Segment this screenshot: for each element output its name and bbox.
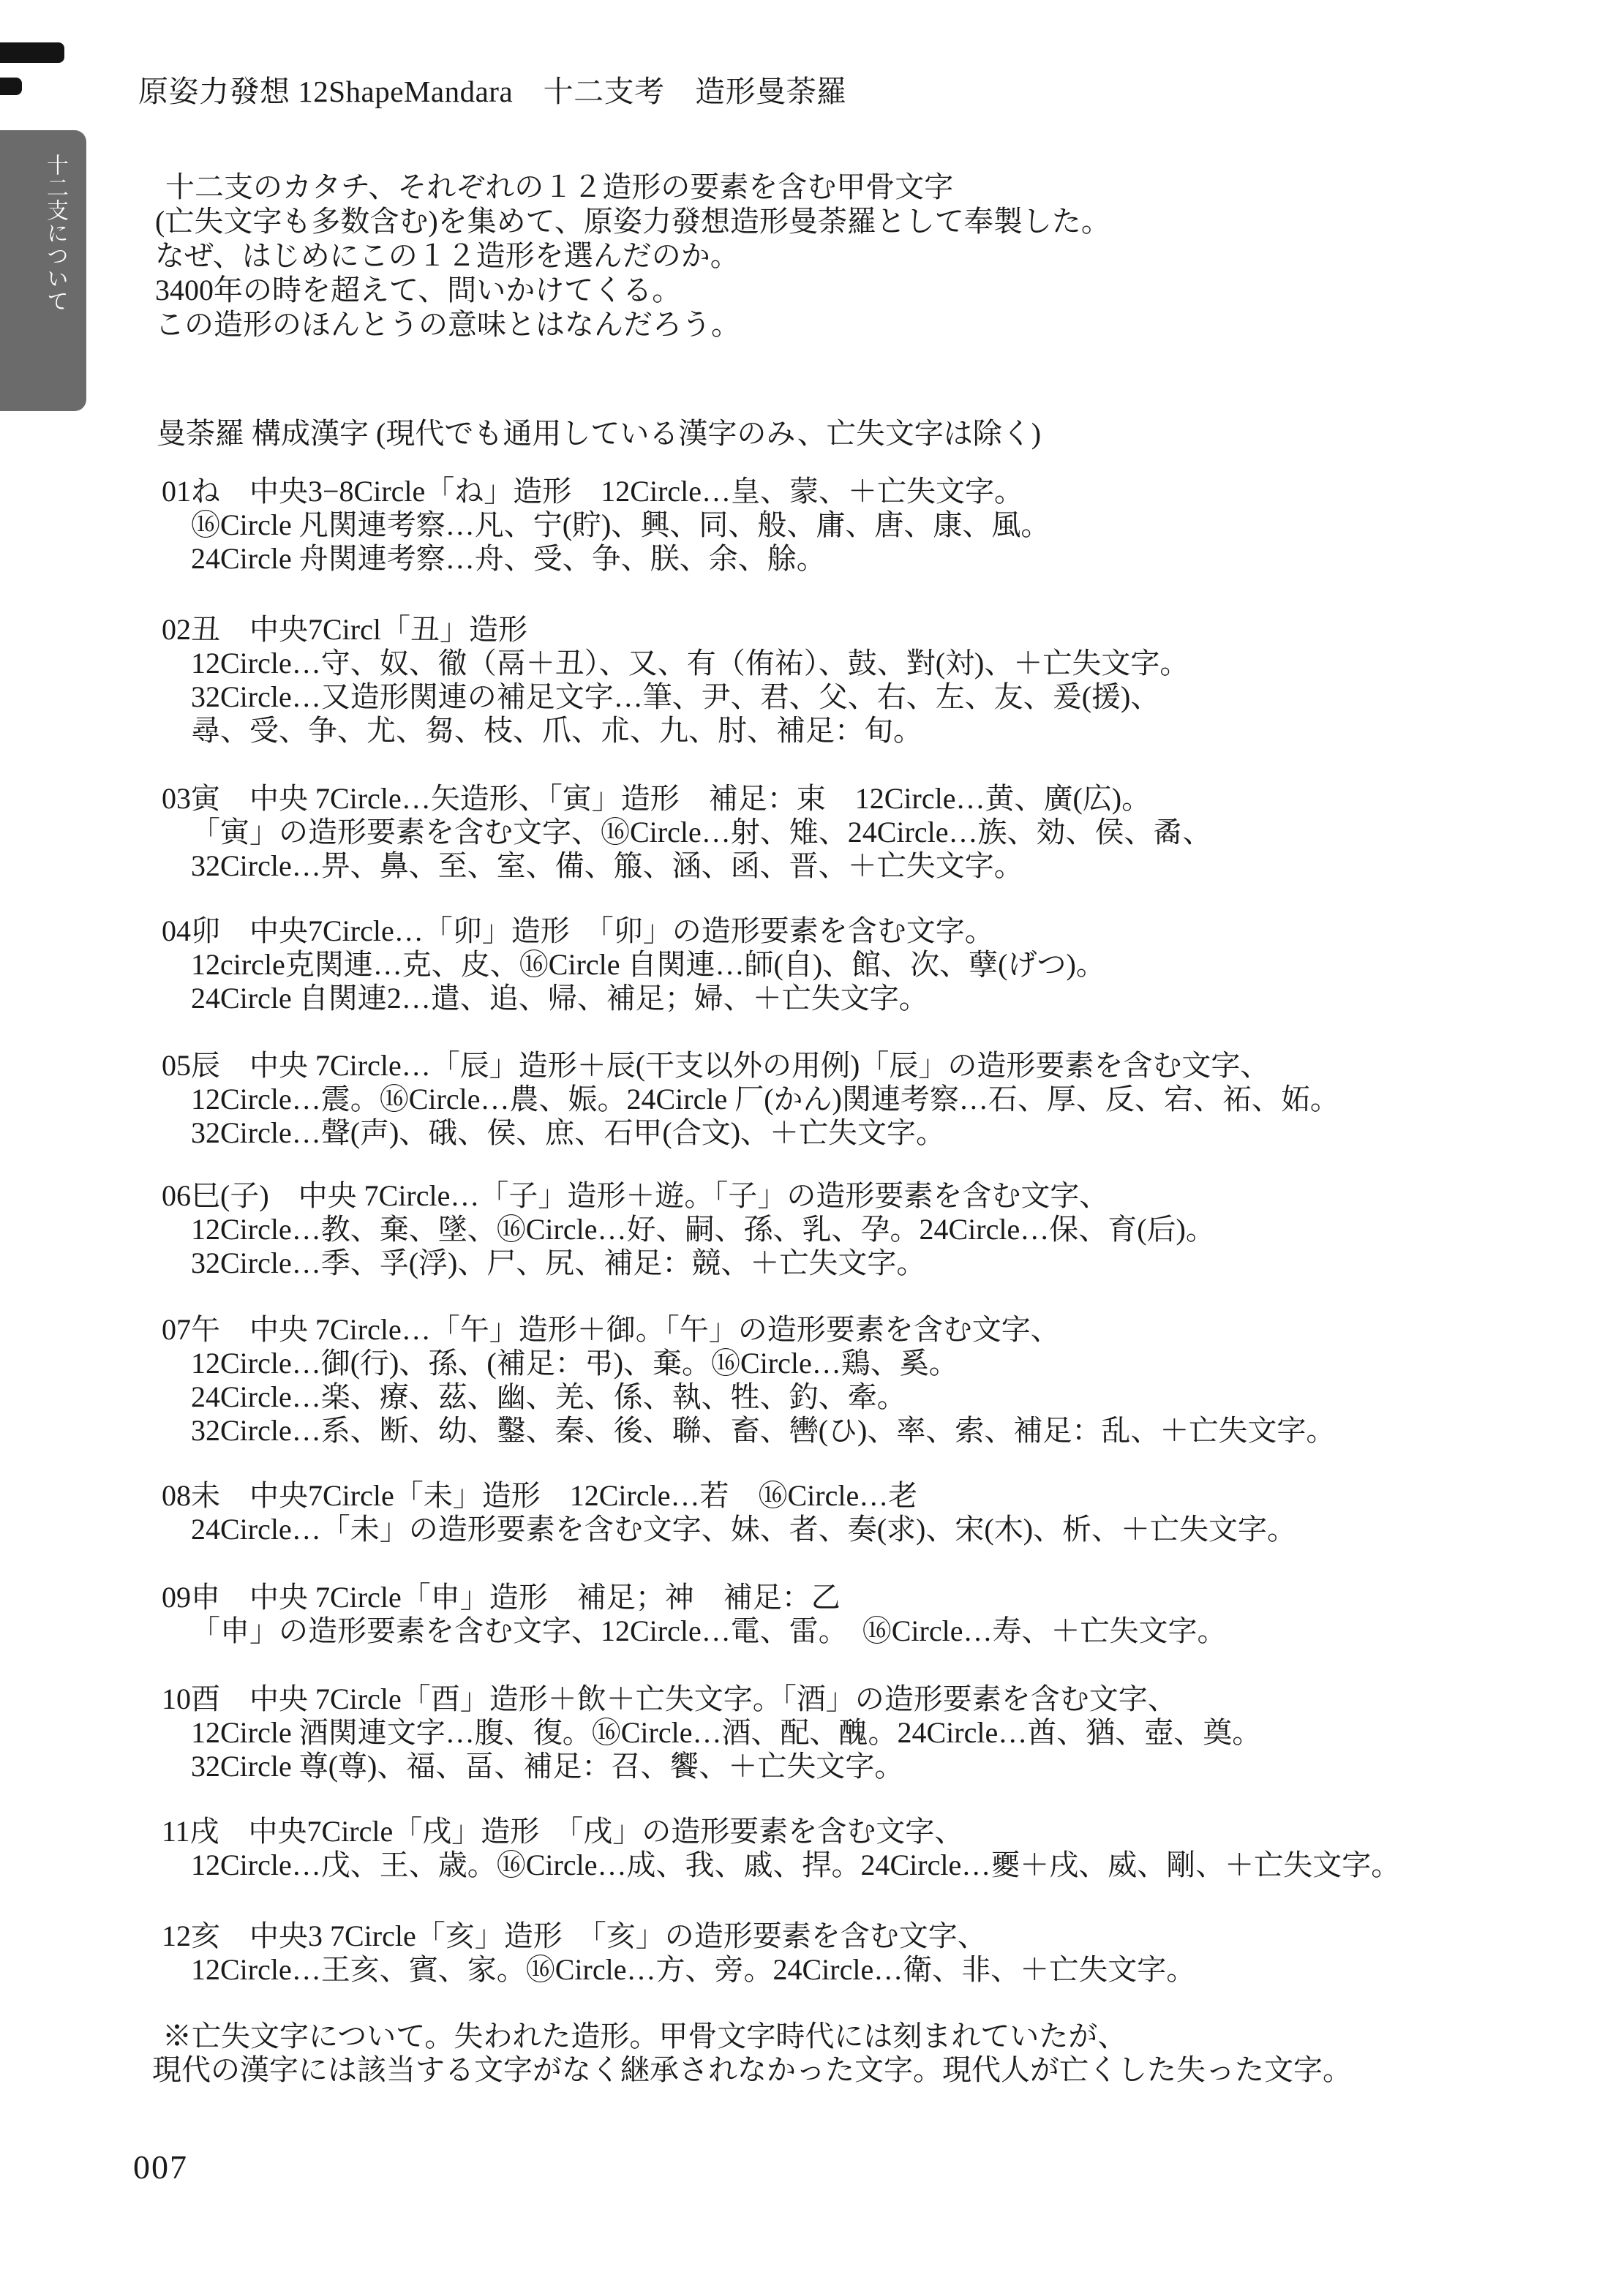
text-line: 04卯 中央7Circle…「卯」造形 「卯」の造形要素を含む文字。 <box>162 914 1105 948</box>
page-number: 007 <box>133 2148 188 2186</box>
text-line: 32Circle 尊(尊)、福、畐、補足：召、饗、＋亡失文字。 <box>162 1750 1261 1783</box>
text-line: 10酉 中央 7Circle「酉」造形＋飲＋亡失文字。「酒」の造形要素を含む文字… <box>162 1682 1261 1716</box>
scan-artifact <box>0 78 22 95</box>
text-line: 十二支のカタチ、それぞれの１２造形の要素を含む甲骨文字 <box>155 170 1110 204</box>
chapter-tab: 十二支について <box>0 130 86 411</box>
text-line: 05辰 中央 7Circle…「辰」造形＋辰(干支以外の用例)「辰」の造形要素を… <box>162 1049 1339 1083</box>
text-line: この造形のほんとうの意味とはなんだろう。 <box>155 307 1110 342</box>
text-line: 24Circle 自関連2…遣、追、帰、補足；婦、＋亡失文字。 <box>162 982 1105 1015</box>
text-line: 24Circle 舟関連考察…舟、受、争、朕、余、艅。 <box>162 542 1050 576</box>
item-10-tori: 10酉 中央 7Circle「酉」造形＋飲＋亡失文字。「酒」の造形要素を含む文字… <box>162 1682 1261 1783</box>
text-line: 12Circle…教、棄、墜、⑯Circle…好、嗣、孫、乳、孕。24Circl… <box>162 1213 1215 1246</box>
item-08-hitsuji: 08未 中央7Circle「未」造形 12Circle…若 ⑯Circle…老2… <box>162 1479 1296 1546</box>
text-line: 06巳(子) 中央 7Circle…「子」造形＋遊。「子」の造形要素を含む文字、 <box>162 1179 1215 1213</box>
text-line: 12Circle…守、奴、徹（鬲＋丑）、又、有（侑祐）、鼓、對(対)、＋亡失文字… <box>162 647 1189 680</box>
text-line: 12Circle…王亥、賓、家。⑯Circle…方、旁。24Circle…衛、非… <box>162 1953 1195 1987</box>
text-line: ※亡失文字について。失われた造形。甲骨文字時代には刻まれていたが、 <box>162 2020 1352 2053</box>
text-line: 32Circle…季、孚(浮)、尸、尻、補足：競、＋亡失文字。 <box>162 1246 1215 1280</box>
text-line: ⑯Circle 凡関連考察…凡、宁(貯)、興、同、般、庸、唐、康、風。 <box>162 508 1050 542</box>
text-line: 「寅」の造形要素を含む文字、⑯Circle…射、雉、24Circle…族、効、侯… <box>162 816 1211 849</box>
item-06-mi: 06巳(子) 中央 7Circle…「子」造形＋遊。「子」の造形要素を含む文字、… <box>162 1179 1215 1280</box>
item-11-inu: 11戌 中央7Circle「戌」造形 「戌」の造形要素を含む文字、12Circl… <box>162 1815 1400 1882</box>
text-line: 07午 中央 7Circle…「午」造形＋御。「午」の造形要素を含む文字、 <box>162 1313 1335 1347</box>
text-line: 32Circle…又造形関連の補足文字…筆、尹、君、父、右、左、友、爰(援)、 <box>162 680 1189 714</box>
item-12-i: 12亥 中央3 7Circle「亥」造形 「亥」の造形要素を含む文字、12Cir… <box>162 1919 1195 1987</box>
text-line: 12Circle…御(行)、孫、(補足：弔)、棄。⑯Circle…鶏、奚。 <box>162 1347 1335 1380</box>
text-line: 03寅 中央 7Circle…矢造形、「寅」造形 補足：束 12Circle…黄… <box>162 782 1211 816</box>
text-line: 3400年の時を超えて、問いかけてくる。 <box>155 273 1110 307</box>
text-line: なぜ、はじめにこの１２造形を選んだのか。 <box>155 238 1110 273</box>
text-line: 32Circle…畀、鼻、至、室、備、箙、涵、函、晋、＋亡失文字。 <box>162 849 1211 883</box>
item-07-uma: 07午 中央 7Circle…「午」造形＋御。「午」の造形要素を含む文字、12C… <box>162 1313 1335 1448</box>
text-line: 12亥 中央3 7Circle「亥」造形 「亥」の造形要素を含む文字、 <box>162 1919 1195 1953</box>
item-01-ne: 01ね 中央3−8Circle「ね」造形 12Circle…皇、蒙、＋亡失文字。… <box>162 475 1050 576</box>
footnote: ※亡失文字について。失われた造形。甲骨文字時代には刻まれていたが、現代の漢字には… <box>162 2020 1352 2087</box>
item-09-saru: 09申 中央 7Circle「申」造形 補足；神 補足：乙「申」の造形要素を含む… <box>162 1581 1226 1648</box>
text-line: 09申 中央 7Circle「申」造形 補足；神 補足：乙 <box>162 1581 1226 1614</box>
text-line: 32Circle…聲(声)、硪、侯、庶、石甲(合文)、＋亡失文字。 <box>162 1116 1339 1150</box>
text-line: 08未 中央7Circle「未」造形 12Circle…若 ⑯Circle…老 <box>162 1479 1296 1513</box>
text-line: (亡失文字も多数含む)を集めて、原姿力發想造形曼荼羅として奉製した。 <box>155 204 1110 238</box>
text-line: 12Circle…震。⑯Circle…農、娠。24Circle 厂(かん)関連考… <box>162 1083 1339 1116</box>
page-title: 原姿力發想 12ShapeMandara 十二支考 造形曼荼羅 <box>138 73 847 110</box>
text-line: 尋、受、争、尤、芻、枝、爪、朮、九、肘、補足：旬。 <box>162 714 1189 748</box>
text-line: 24Circle…「未」の造形要素を含む文字、妹、者、奏(求)、宋(木)、析、＋… <box>162 1513 1296 1546</box>
scan-artifact <box>0 42 64 63</box>
item-02-ushi: 02丑 中央7Circl「丑」造形12Circle…守、奴、徹（鬲＋丑）、又、有… <box>162 613 1189 748</box>
text-line: 02丑 中央7Circl「丑」造形 <box>162 613 1189 647</box>
intro-paragraph: 十二支のカタチ、それぞれの１２造形の要素を含む甲骨文字(亡失文字も多数含む)を集… <box>155 170 1110 342</box>
text-line: 12Circle…戊、王、歳。⑯Circle…成、我、戚、捍。24Circle…… <box>162 1848 1400 1882</box>
text-line: 24Circle…楽、療、茲、幽、羌、係、執、牲、釣、牽。 <box>162 1380 1335 1414</box>
section-header: 曼荼羅 構成漢字 (現代でも通用している漢字のみ、亡失文字は除く) <box>157 410 1041 452</box>
item-04-u: 04卯 中央7Circle…「卯」造形 「卯」の造形要素を含む文字。12circ… <box>162 914 1105 1015</box>
text-line: 12Circle 酒関連文字…腹、復。⑯Circle…酒、配、醜。24Circl… <box>162 1716 1261 1750</box>
text-line: 12circle克関連…克、皮、⑯Circle 自関連…師(自)、館、次、孽(げ… <box>162 948 1105 982</box>
item-03-tora: 03寅 中央 7Circle…矢造形、「寅」造形 補足：束 12Circle…黄… <box>162 782 1211 883</box>
chapter-tab-label: 十二支について <box>42 154 67 312</box>
text-line: 01ね 中央3−8Circle「ね」造形 12Circle…皇、蒙、＋亡失文字。 <box>162 475 1050 508</box>
text-line: 現代の漢字には該当する文字がなく継承されなかった文字。現代人が亡くした失った文字… <box>152 2053 1352 2087</box>
text-line: 32Circle…系、断、幼、鑿、秦、後、聯、畜、轡(ひ)、率、索、補足：乱、＋… <box>162 1414 1335 1448</box>
text-line: 「申」の造形要素を含む文字、12Circle…電、雷。 ⑯Circle…寿、＋亡… <box>162 1614 1226 1648</box>
text-line: 11戌 中央7Circle「戌」造形 「戌」の造形要素を含む文字、 <box>162 1815 1400 1848</box>
item-05-tatsu: 05辰 中央 7Circle…「辰」造形＋辰(干支以外の用例)「辰」の造形要素を… <box>162 1049 1339 1150</box>
